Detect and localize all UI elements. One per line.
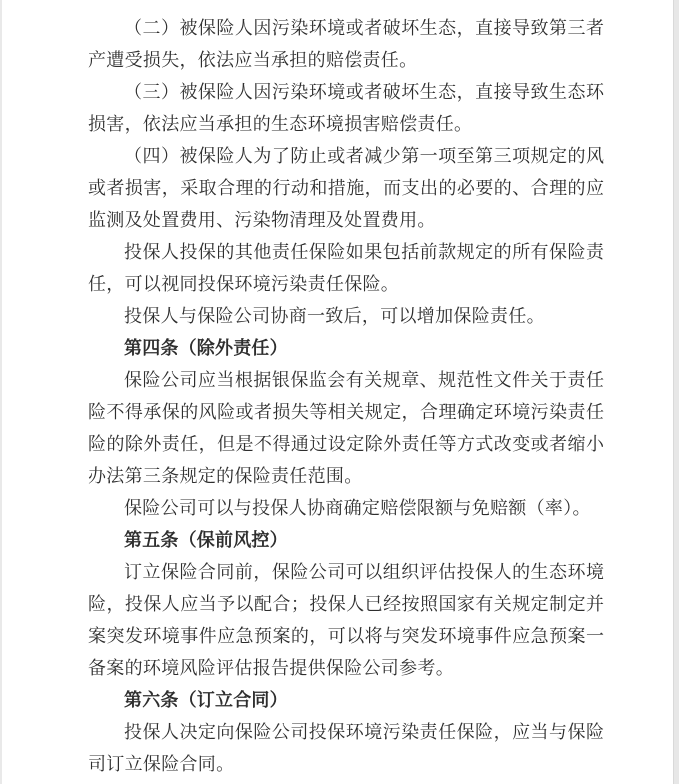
text-line-7: 监测及处置费用、污染物清理及处置费用。 [88, 204, 604, 236]
text-line-4: 损害，依法应当承担的生态环境损害赔偿责任。 [88, 108, 604, 140]
document-viewport: { "page": { "background_color": "#ffffff… [0, 0, 679, 784]
text-line-6: 或者损害，采取合理的行动和措施，而支出的必要的、合理的应急 [88, 172, 604, 204]
text-line-1: （二）被保险人因污染环境或者破坏生态，直接导致第三者财 [88, 12, 604, 44]
text-line-20: 案突发环境事件应急预案的，可以将与突发环境事件应急预案一并 [88, 620, 604, 652]
text-line-18: 订立保险合同前，保险公司可以组织评估投保人的生态环境风 [88, 556, 604, 588]
text-line-14: 险的除外责任，但是不得通过设定除外责任等方式改变或者缩小本 [88, 428, 604, 460]
text-line-13: 险不得承保的风险或者损失等相关规定，合理确定环境污染责任保 [88, 396, 604, 428]
text-line-10: 投保人与保险公司协商一致后，可以增加保险责任。 [88, 300, 604, 332]
text-line-8: 投保人投保的其他责任保险如果包括前款规定的所有保险责 [88, 236, 604, 268]
text-line-12: 保险公司应当根据银保监会有关规章、规范性文件关于责任保 [88, 364, 604, 396]
text-line-15: 办法第三条规定的保险责任范围。 [88, 460, 604, 492]
text-line-21: 备案的环境风险评估报告提供保险公司参考。 [88, 652, 604, 684]
article-heading-line-22: 第六条（订立合同） [88, 684, 604, 716]
text-line-5: （四）被保险人为了防止或者减少第一项至第三项规定的风险 [88, 140, 604, 172]
text-line-2: 产遭受损失，依法应当承担的赔偿责任。 [88, 44, 604, 76]
text-line-23: 投保人决定向保险公司投保环境污染责任保险，应当与保险公 [88, 716, 604, 748]
text-line-24: 司订立保险合同。 [88, 748, 604, 780]
article-heading-line-17: 第五条（保前风控） [88, 524, 604, 556]
article-heading-line-11: 第四条（除外责任） [88, 332, 604, 364]
text-line-19: 险，投保人应当予以配合；投保人已经按照国家有关规定制定并备 [88, 588, 604, 620]
document-page: （二）被保险人因污染环境或者破坏生态，直接导致第三者财产遭受损失，依法应当承担的… [2, 0, 674, 784]
document-body: （二）被保险人因污染环境或者破坏生态，直接导致第三者财产遭受损失，依法应当承担的… [88, 12, 604, 780]
text-line-16: 保险公司可以与投保人协商确定赔偿限额与免赔额（率）。 [88, 492, 604, 524]
text-line-3: （三）被保险人因污染环境或者破坏生态，直接导致生态环境 [88, 76, 604, 108]
text-line-9: 任，可以视同投保环境污染责任保险。 [88, 268, 604, 300]
page-right-margin [673, 0, 679, 784]
